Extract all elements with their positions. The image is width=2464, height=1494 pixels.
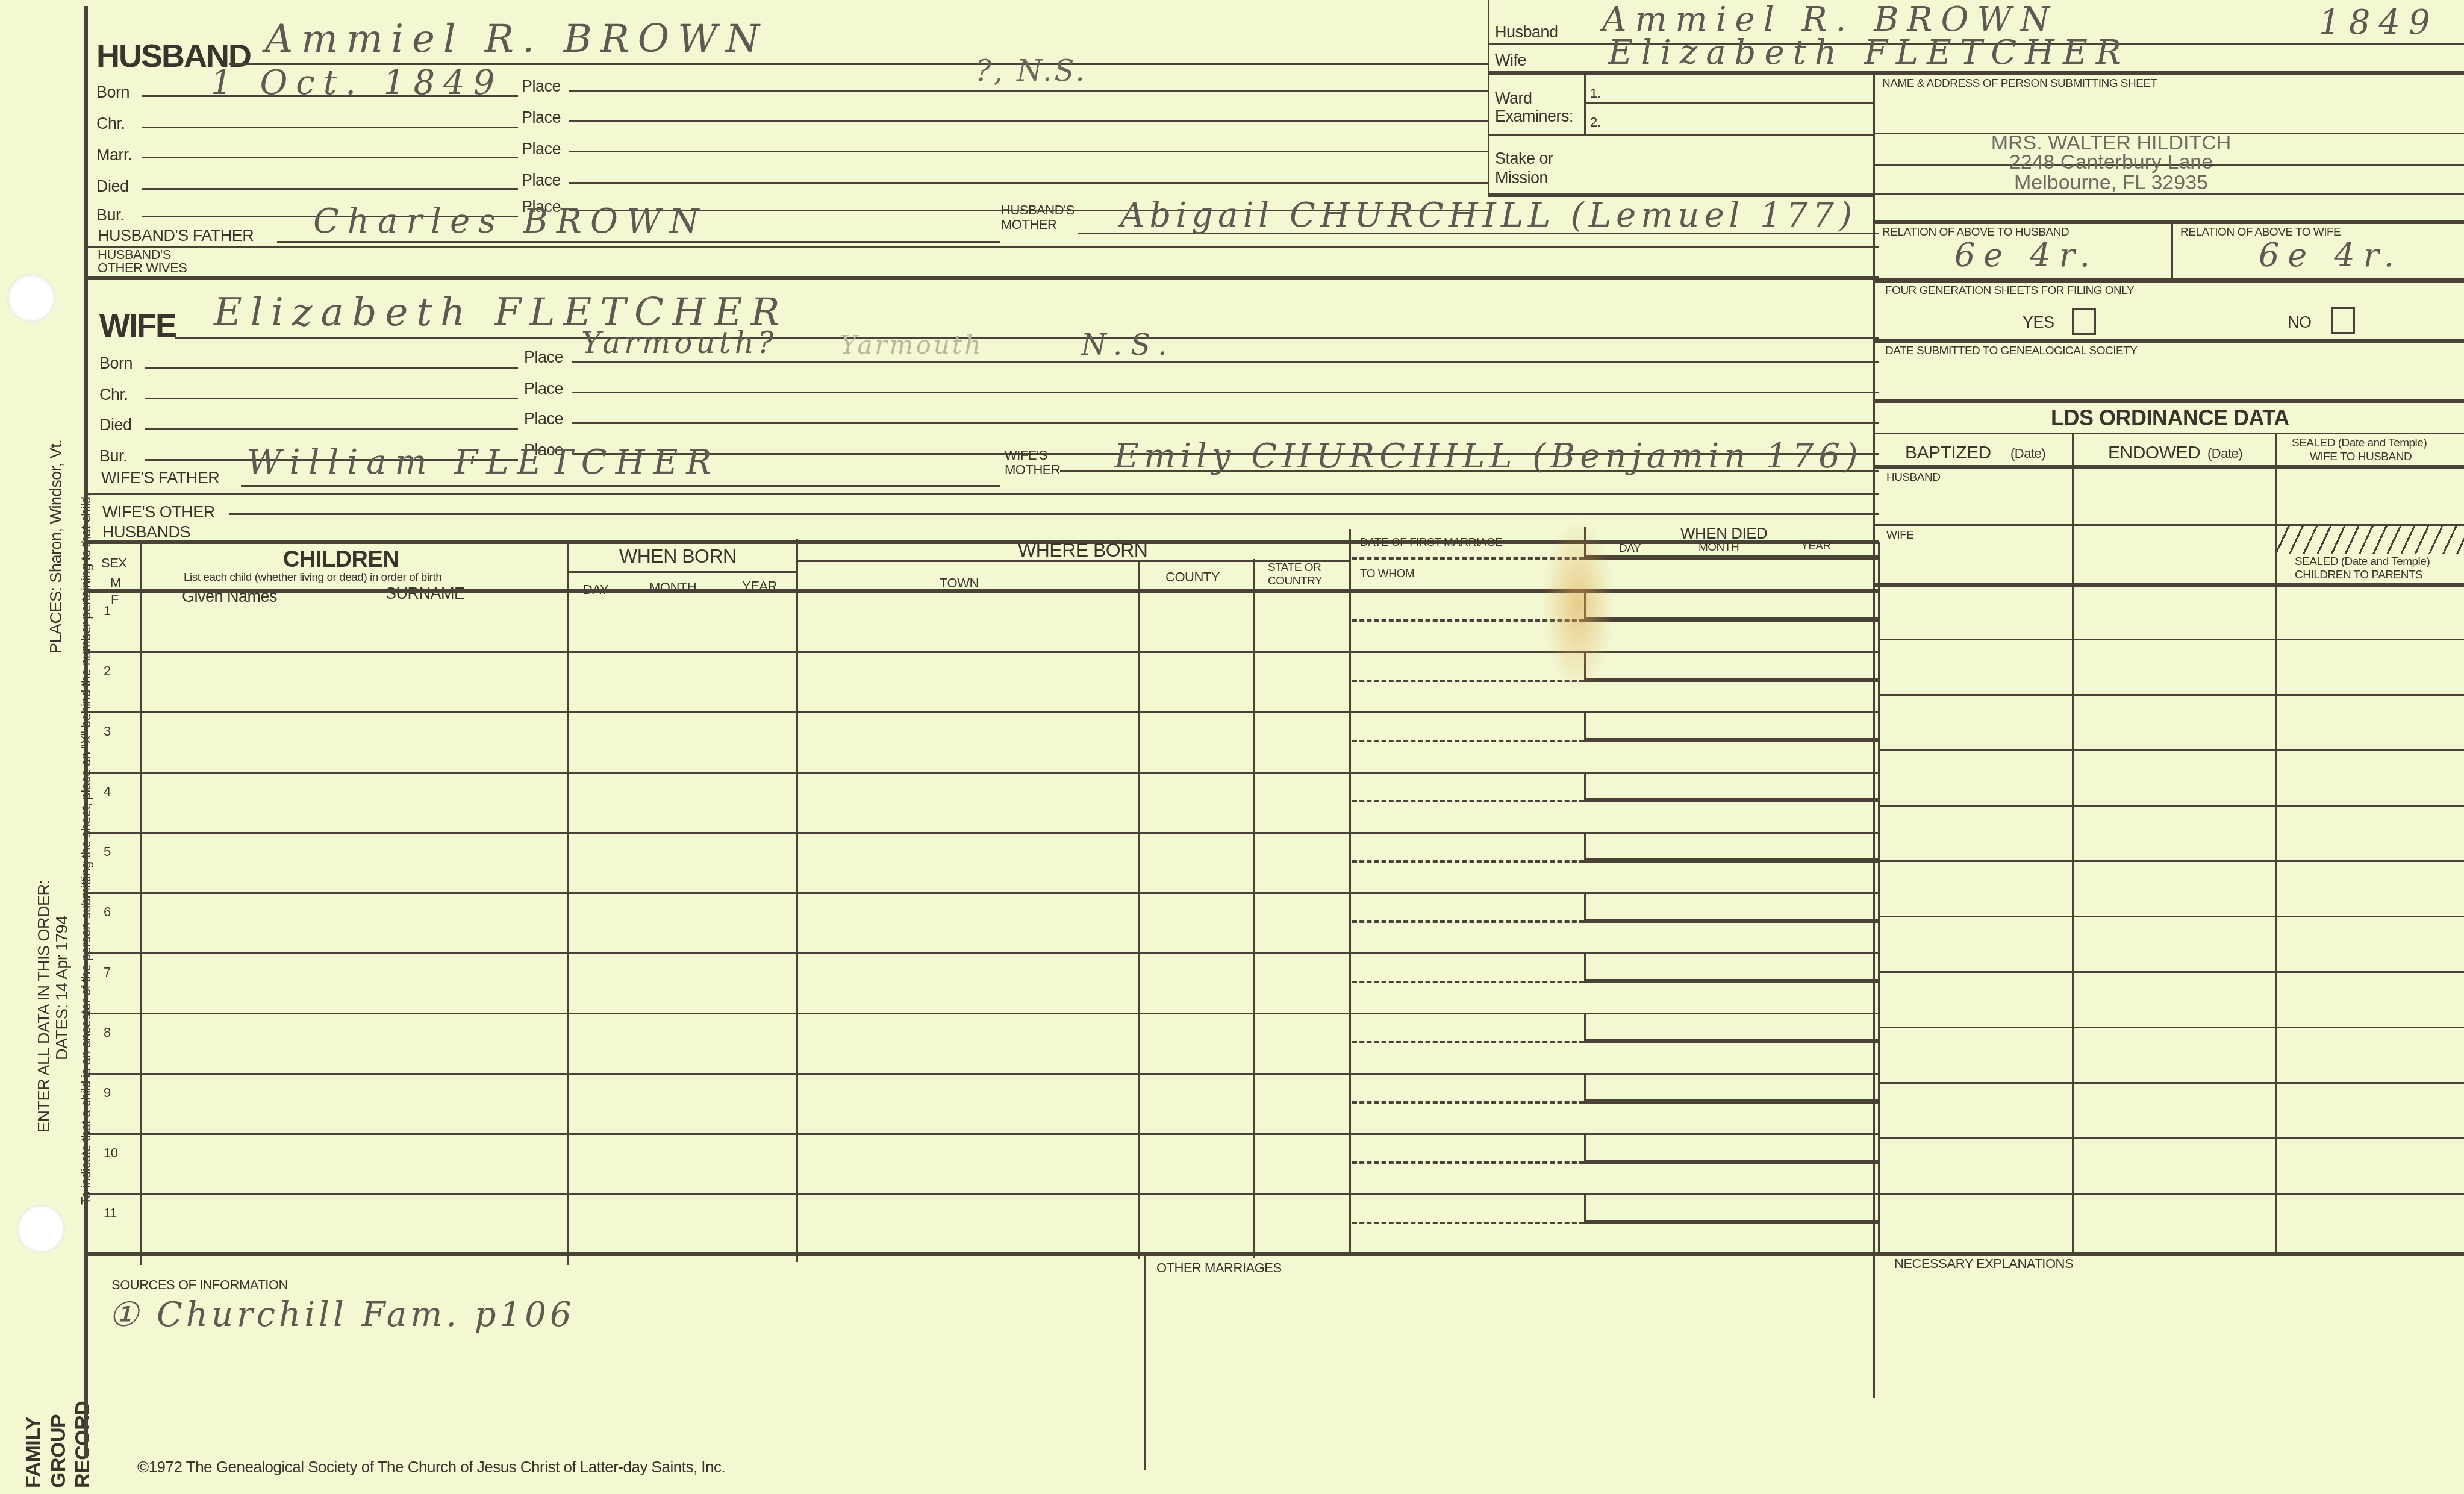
wife-chr-place-line	[572, 392, 1879, 393]
marriage-row-divider	[1349, 1133, 1879, 1135]
died-left-tick	[1584, 773, 1586, 802]
lds-child-row-divider	[1878, 694, 2464, 696]
when-died-year: YEAR	[1801, 540, 1831, 553]
when-born-subdivider	[567, 571, 796, 573]
lds-child-row-divider	[1878, 805, 2464, 807]
punch-hole-bottom	[17, 1205, 65, 1253]
summary-wife-line	[1488, 71, 2464, 75]
child-row-number: 6	[104, 904, 111, 920]
relation-husband-value[interactable]: 6e 4r.	[1954, 236, 2098, 274]
date-submitted-bottom	[1874, 399, 2464, 403]
other-marriages-label: OTHER MARRIAGES	[1156, 1260, 1282, 1276]
child-row[interactable]	[142, 1014, 1347, 1072]
died-date-line	[1584, 979, 1879, 983]
other-marriages-divider	[1144, 1253, 1146, 1470]
first-marriage-header: DATE OF FIRST MARRIAGE	[1360, 536, 1502, 549]
died-left-tick	[1584, 954, 1586, 983]
died-date-line	[1584, 1160, 1879, 1164]
where-born-state-1: STATE OR	[1268, 561, 1321, 575]
wife-father-line	[241, 485, 1000, 487]
submitter-line-3	[1874, 193, 2464, 195]
ward-bottom	[1488, 134, 1873, 136]
examiner-1[interactable]: 1.	[1590, 86, 1600, 101]
lds-wife-row: WIFE	[1886, 529, 1914, 542]
husband-marr-place-line	[569, 151, 1488, 152]
husband-name[interactable]: Ammiel R. BROWN	[265, 17, 768, 61]
when-born-header: WHEN BORN	[619, 545, 737, 567]
lds-child-row-divider	[1878, 1027, 2464, 1028]
form-title-group: GROUP	[47, 1414, 70, 1488]
wife-born-place-label: Place	[524, 348, 563, 367]
lds-child-row-divider	[1878, 1193, 2464, 1195]
died-date-line	[1584, 1099, 1879, 1104]
relation-wife-value[interactable]: 6e 4r.	[2259, 236, 2403, 274]
child-row[interactable]	[142, 713, 1347, 770]
right-panel-border	[1873, 72, 1875, 1398]
lds-endowed: ENDOWED	[2108, 443, 2200, 463]
wife-born-line	[145, 367, 518, 369]
children-sex-divider	[140, 542, 142, 1265]
child-row[interactable]	[142, 1195, 1347, 1252]
child-row[interactable]	[142, 954, 1347, 1011]
marriage-row-divider	[1349, 892, 1879, 894]
wife-mother-name[interactable]: Emily CHURCHILL (Benjamin 176)	[1114, 437, 1863, 476]
marriage-row-divider	[1349, 772, 1879, 774]
wife-bur-label: Bur.	[99, 447, 127, 466]
lds-sealed-cp-1: SEALED (Date and Temple)	[2295, 555, 2430, 569]
marriage-dashed-line	[1352, 1222, 1584, 1224]
child-row-number: 11	[104, 1205, 117, 1221]
husband-father-line	[277, 241, 1000, 243]
died-date-line	[1584, 858, 1879, 863]
summary-wife-label: Wife	[1495, 51, 1526, 70]
child-row-number: 3	[104, 724, 111, 739]
submitter-city: Melbourne, FL 32935	[1976, 171, 2247, 194]
wife-chr-place-label: Place	[524, 380, 563, 398]
child-row[interactable]	[142, 1074, 1347, 1132]
lds-child-row-divider	[1878, 860, 2464, 862]
died-left-tick	[1584, 1134, 1586, 1163]
child-row[interactable]	[142, 1134, 1347, 1192]
sources-value[interactable]: ① Churchill Fam. p106	[108, 1295, 575, 1334]
lds-child-row-divider	[1878, 1082, 2464, 1084]
lds-child-row[interactable]	[1879, 1084, 2463, 1136]
margin-enter-order: ENTER ALL DATA IN THIS ORDER:	[35, 880, 54, 1133]
child-row-number: 8	[104, 1025, 111, 1040]
where-born-county: COUNTY	[1165, 569, 1220, 585]
wife-mother-label-2: MOTHER	[1005, 462, 1060, 478]
children-title: CHILDREN	[283, 547, 399, 573]
husband-born-label: Born	[96, 83, 129, 102]
wife-father-label: WIFE'S FATHER	[101, 469, 219, 487]
marriage-row-divider	[1349, 711, 1879, 713]
marriage-row-divider	[1349, 1073, 1879, 1075]
wife-name-line	[175, 337, 1879, 339]
wife-heading: WIFE	[99, 307, 176, 345]
marriage-row-divider	[1349, 651, 1879, 653]
lds-child-row[interactable]	[1879, 1029, 2463, 1081]
lds-child-row[interactable]	[1879, 641, 2463, 693]
husband-marr-place-label: Place	[522, 140, 561, 158]
lds-endowed-date: (Date)	[2207, 446, 2242, 461]
relation-divider	[2171, 220, 2173, 279]
died-date-line	[1584, 738, 1879, 742]
husband-born-place-label: Place	[522, 77, 561, 96]
no-checkbox[interactable]	[2331, 307, 2355, 334]
husband-bur-label: Bur.	[96, 206, 124, 225]
children-m-label: M	[110, 575, 121, 590]
lds-child-row[interactable]	[1879, 1140, 2463, 1192]
where-born-state-2: COUNTRY	[1268, 575, 1322, 588]
lds-child-row[interactable]	[1879, 696, 2463, 748]
husband-marr-label: Marr.	[96, 146, 132, 164]
no-label: NO	[2288, 313, 2312, 332]
lds-child-row[interactable]	[1879, 974, 2463, 1025]
left-border	[84, 6, 88, 1458]
summary-husband-label: Husband	[1495, 23, 1558, 42]
lds-baptized-date: (Date)	[2010, 446, 2045, 461]
died-date-line	[1584, 617, 1879, 622]
wife-died-line	[145, 428, 518, 430]
summary-box-left-border	[1488, 0, 1489, 196]
lds-header-bottom	[1874, 465, 2464, 469]
lds-child-row-divider	[1878, 916, 2464, 917]
when-died-header: WHEN DIED	[1680, 524, 1767, 543]
lds-title: LDS ORDINANCE DATA	[2051, 405, 2289, 431]
children-sex-label: SEX	[101, 555, 127, 571]
wife-other-husbands-label-2: HUSBANDS	[102, 523, 190, 542]
died-date-line	[1584, 678, 1879, 682]
lds-child-row-divider	[1878, 971, 2464, 973]
child-row-number: 9	[104, 1085, 111, 1101]
husband-chr-place-label: Place	[522, 108, 561, 127]
wife-born-place[interactable]: Yarmouth?	[581, 325, 778, 360]
husband-died-place-label: Place	[522, 171, 561, 190]
died-left-tick	[1584, 713, 1586, 742]
examiner-divider	[1584, 102, 1873, 104]
stake-label-1: Stake or	[1495, 149, 1553, 168]
summary-year[interactable]: 1849	[2319, 3, 2439, 42]
form-title-family: FAMILY	[22, 1416, 45, 1488]
wife-other-husbands-label-1: WIFE'S OTHER	[102, 503, 215, 522]
ward-label-2: Examiners:	[1495, 107, 1573, 126]
wife-chr-line	[145, 398, 518, 399]
children-instruction: List each child (whether living or dead)…	[184, 571, 441, 584]
marriage-dashed-line	[1352, 981, 1584, 983]
wife-died-label: Died	[99, 416, 132, 434]
wife-born-label: Born	[99, 354, 133, 373]
marriage-dashed-line	[1352, 680, 1584, 682]
lds-child-row[interactable]	[1879, 586, 2463, 637]
husband-died-place-line	[569, 182, 1488, 184]
child-row-number: 2	[104, 663, 111, 679]
paper-stain	[1542, 518, 1614, 693]
lds-husband-row: HUSBAND	[1886, 471, 1940, 484]
stake-label-2: Mission	[1495, 169, 1548, 187]
when-died-subheader-line	[1584, 555, 1879, 560]
lds-sealed-wh-2: WIFE TO HUSBAND	[2310, 451, 2412, 464]
husband-born-date[interactable]: 1 Oct. 1849	[211, 63, 503, 102]
husband-father-name[interactable]: Charles BROWN	[313, 202, 707, 241]
relation-top	[1874, 220, 2464, 224]
marriage-dashed-line	[1352, 1161, 1584, 1164]
lds-baptized: BAPTIZED	[1905, 443, 1991, 463]
ward-label-1: Ward	[1495, 89, 1532, 108]
examiner-2[interactable]: 2.	[1590, 114, 1600, 130]
husband-other-wives-label-2: OTHER WIVES	[98, 260, 187, 276]
lds-child-row-divider	[1878, 749, 2464, 751]
lds-hatched-area	[2277, 524, 2464, 554]
marriage-dashed-line	[1352, 740, 1584, 742]
marriage-dashed-line	[1352, 1101, 1584, 1104]
wife-other-husbands-divider	[87, 493, 1879, 495]
children-f-label: F	[111, 592, 119, 607]
died-date-line	[1584, 1220, 1879, 1224]
lds-child-row-divider	[1878, 639, 2464, 640]
wife-father-name[interactable]: William FLETCHER	[247, 443, 720, 482]
wife-died-place-label: Place	[524, 410, 563, 428]
husband-chr-label: Chr.	[96, 114, 125, 133]
wife-chr-label: Chr.	[99, 386, 128, 404]
husband-other-wives-divider	[87, 246, 1879, 248]
lds-child-row[interactable]	[1879, 918, 2463, 970]
wife-section-bottom	[87, 540, 1879, 544]
punch-hole-top	[7, 274, 55, 322]
margin-places: PLACES: Sharon, Windsor, Vt.	[47, 440, 66, 654]
marriage-dashed-line	[1352, 800, 1584, 802]
where-born-header: WHERE BORN	[1018, 539, 1147, 561]
child-row[interactable]	[142, 592, 1347, 650]
husband-section-bottom	[87, 276, 1879, 280]
lds-child-row[interactable]	[1879, 807, 2463, 859]
submitter-street: 2248 Canterbury Lane	[1976, 151, 2247, 173]
copyright: ©1972 The Genealogical Society of The Ch…	[137, 1458, 725, 1477]
wife-died-place-line	[572, 422, 1879, 424]
husband-mother-label-1: HUSBAND'S	[1001, 202, 1074, 218]
husband-born-place[interactable]: ?, N.S.	[976, 54, 1087, 88]
died-left-tick	[1584, 1014, 1586, 1043]
child-row[interactable]	[142, 773, 1347, 831]
husband-mother-label-2: MOTHER	[1001, 217, 1056, 233]
marriage-row-divider	[1349, 1193, 1879, 1195]
necessary-explanations-label: NECESSARY EXPLANATIONS	[1894, 1256, 2073, 1272]
died-date-line	[1584, 919, 1879, 923]
husband-marr-line	[142, 157, 518, 158]
died-date-line	[1584, 1039, 1879, 1043]
relation-bottom	[1874, 278, 2464, 283]
wife-other-husbands-line	[229, 513, 1879, 515]
submitter-label: NAME & ADDRESS OF PERSON SUBMITTING SHEE…	[1882, 77, 2157, 90]
marriage-dashed-line	[1352, 1041, 1584, 1043]
child-row-number: 4	[104, 784, 111, 799]
died-left-tick	[1584, 1195, 1586, 1224]
lds-child-row[interactable]	[1879, 752, 2463, 804]
children-table-bottom	[87, 1252, 2464, 1256]
when-died-day: DAY	[1619, 542, 1641, 555]
margin-dates: DATES: 14 Apr 1794	[53, 916, 72, 1060]
husband-born-place-line	[569, 90, 1488, 92]
lds-sealed-wh-1: SEALED (Date and Temple)	[2292, 437, 2427, 450]
child-row-number: 7	[104, 964, 111, 980]
died-date-line	[1584, 798, 1879, 802]
died-left-tick	[1584, 1074, 1586, 1103]
child-row[interactable]	[142, 893, 1347, 951]
form-title-record: RECORD	[71, 1401, 95, 1488]
sources-label: SOURCES OF INFORMATION	[111, 1277, 288, 1293]
died-left-tick	[1584, 893, 1586, 922]
died-left-tick	[1584, 833, 1586, 862]
lds-child-row-divider	[1878, 1137, 2464, 1139]
yes-checkbox[interactable]	[2072, 308, 2096, 335]
husband-chr-line	[142, 127, 518, 128]
lds-sealed-cp-2: CHILDREN TO PARENTS	[2295, 569, 2422, 582]
husband-mother-name[interactable]: Abigail CHURCHILL (Lemuel 177)	[1120, 196, 1857, 235]
marriage-row-divider	[1349, 1013, 1879, 1014]
child-row-number: 5	[104, 844, 111, 860]
child-row[interactable]	[142, 652, 1347, 710]
to-whom-header: TO WHOM	[1360, 567, 1414, 581]
wife-mother-label-1: WIFE'S	[1005, 448, 1047, 463]
stake-bottom	[1488, 193, 1873, 197]
lds-child-row[interactable]	[1879, 863, 2463, 914]
date-submitted-label: DATE SUBMITTED TO GENEALOGICAL SOCIETY	[1885, 345, 2137, 358]
where-born-subdivider	[796, 560, 1350, 562]
marriage-dashed-line	[1352, 860, 1584, 863]
wife-born-place-line	[572, 361, 1879, 363]
marriage-dashed-line	[1352, 920, 1584, 923]
when-died-month: MONTH	[1698, 541, 1739, 554]
child-row[interactable]	[142, 833, 1347, 891]
husband-died-line	[142, 188, 518, 190]
wife-born-region[interactable]: N.S.	[1081, 328, 1176, 362]
wife-born-place-faint: Yarmouth	[840, 330, 984, 360]
lds-title-bottom	[1874, 433, 2464, 434]
husband-died-label: Died	[96, 177, 129, 196]
summary-wife-name[interactable]: Elizabeth FLETCHER	[1608, 33, 2130, 72]
child-row-number: 10	[104, 1145, 117, 1161]
husband-chr-place-line	[569, 120, 1488, 122]
yes-label: YES	[2023, 313, 2054, 332]
marriage-row-divider	[1349, 832, 1879, 834]
four-gen-label: FOUR GENERATION SHEETS FOR FILING ONLY	[1885, 284, 2134, 298]
child-row-number: 1	[104, 603, 111, 619]
marriage-row-divider	[1349, 952, 1879, 954]
four-gen-bottom	[1874, 339, 2464, 343]
husband-father-label: HUSBAND'S FATHER	[98, 227, 254, 245]
